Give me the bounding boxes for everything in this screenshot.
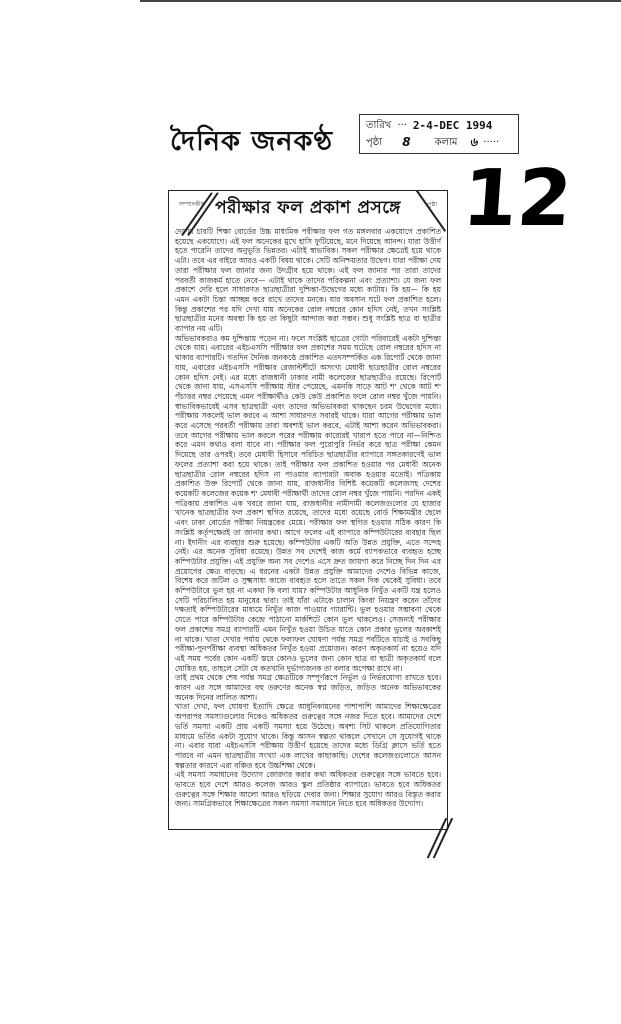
scan-top-edge — [140, 0, 621, 2]
newspaper-masthead: দৈনিক জনকণ্ঠ — [170, 121, 333, 166]
stamp-page-label: পৃষ্ঠা — [366, 134, 382, 151]
article-paragraph: এই সমস্যা সমাধানের উদ্যোগ জোরদার করার কথ… — [175, 770, 441, 809]
article-paragraph: দেশের চারটি শিক্ষা বোর্ডের উচ্চ মাধ্যমিক… — [175, 227, 441, 334]
stamp-page-row: পৃষ্ঠা 8 কলাম ৬ ····· — [366, 134, 512, 151]
stamp-column-label: কলাম — [435, 134, 458, 151]
article-paragraph: তাই প্রথম থেকে শেষ পর্যন্ত সমগ্র ক্ষেত্র… — [175, 673, 441, 702]
handwritten-number: 12 — [460, 160, 574, 238]
stamp-date-label: তারিখ — [366, 117, 391, 134]
stamp-date-value: 2-4-DEC 1994 — [413, 117, 492, 134]
stamp-page-value: 8 — [402, 134, 410, 151]
article-paragraph: খাতা দেখা, ফল ঘোষণা ইত্যাদি ক্ষেত্রে আধু… — [175, 702, 441, 770]
date-stamp: তারিখ ··· 2-4-DEC 1994 পৃষ্ঠা 8 কলাম ৬ ·… — [359, 114, 519, 154]
article-clipping: সম্পাদকীয় পৃষ্ঠা পরীক্ষার ফল প্রকাশ প্র… — [168, 190, 448, 830]
stamp-column-value: ৬ — [469, 134, 477, 151]
article-paragraph: অভিভাবকরাও কম দুশ্চিন্তায় পড়েন না। ফলে… — [175, 334, 441, 674]
stamp-date-row: তারিখ ··· 2-4-DEC 1994 — [366, 117, 512, 134]
article-headline: পরীক্ষার ফল প্রকাশ প্রসঙ্গে — [175, 195, 441, 223]
